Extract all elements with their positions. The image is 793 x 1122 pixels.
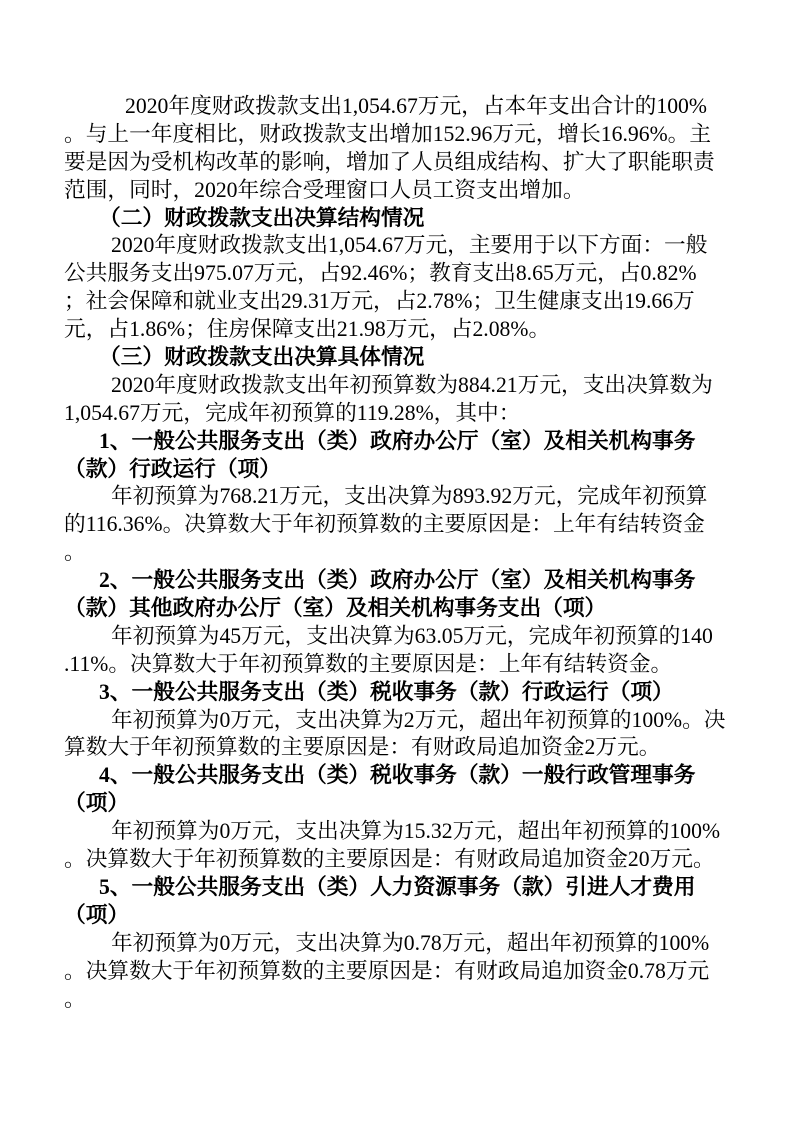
text-line: 2020年度财政拨款支出年初预算数为884.21万元，支出决算数为 — [64, 372, 722, 400]
document-body: 2020年度财政拨款支出1,054.67万元，占本年支出合计的100%。与上一年… — [64, 93, 722, 1013]
text-line: 的116.36%。决算数大于年初预算数的主要原因是：上年有结转资金 — [64, 511, 722, 539]
text-line: 公共服务支出975.07万元，占92.46%；教育支出8.65万元，占0.82% — [64, 260, 722, 288]
text-line: 年初预算为0万元，支出决算为15.32万元，超出年初预算的100% — [64, 818, 722, 846]
heading-line: （二）财政拨款支出决算结构情况 — [64, 205, 722, 233]
text-line: 年初预算为45万元，支出决算为63.05万元，完成年初预算的140 — [64, 623, 722, 651]
text-line: 年初预算为0万元，支出决算为2万元，超出年初预算的100%。决 — [64, 707, 722, 735]
text-line: 算数大于年初预算数的主要原因是：有财政局追加资金2万元。 — [64, 734, 722, 762]
text-line: 。决算数大于年初预算数的主要原因是：有财政局追加资金0.78万元 — [64, 958, 722, 986]
text-line: 。与上一年度相比，财政拨款支出增加152.96万元，增长16.96%。主 — [64, 121, 722, 149]
text-line: 元，占1.86%；住房保障支出21.98万元，占2.08%。 — [64, 316, 722, 344]
heading-line: 4、一般公共服务支出（类）税收事务（款）一般行政管理事务 — [64, 762, 722, 790]
text-line: 。 — [64, 539, 722, 567]
document-page: 2020年度财政拨款支出1,054.67万元，占本年支出合计的100%。与上一年… — [0, 0, 793, 1122]
text-line: 2020年度财政拨款支出1,054.67万元，占本年支出合计的100% — [64, 93, 722, 121]
text-line: 1,054.67万元，完成年初预算的119.28%，其中： — [64, 400, 722, 428]
heading-line: （三）财政拨款支出决算具体情况 — [64, 344, 722, 372]
heading-line: 3、一般公共服务支出（类）税收事务（款）行政运行（项） — [64, 679, 722, 707]
heading-line: 2、一般公共服务支出（类）政府办公厅（室）及相关机构事务 — [64, 567, 722, 595]
heading-line: 1、一般公共服务支出（类）政府办公厅（室）及相关机构事务 — [64, 428, 722, 456]
heading-line: （款）行政运行（项） — [64, 456, 722, 484]
heading-line: （项） — [64, 902, 722, 930]
text-line: 范围，同时，2020年综合受理窗口人员工资支出增加。 — [64, 177, 722, 205]
text-line: 年初预算为0万元，支出决算为0.78万元，超出年初预算的100% — [64, 930, 722, 958]
heading-line: （款）其他政府办公厅（室）及相关机构事务支出（项） — [64, 595, 722, 623]
text-line: .11%。决算数大于年初预算数的主要原因是：上年有结转资金。 — [64, 651, 722, 679]
text-line: 2020年度财政拨款支出1,054.67万元，主要用于以下方面：一般 — [64, 232, 722, 260]
text-line: 年初预算为768.21万元，支出决算为893.92万元，完成年初预算 — [64, 483, 722, 511]
text-line: 。决算数大于年初预算数的主要原因是：有财政局追加资金20万元。 — [64, 846, 722, 874]
text-line: 要是因为受机构改革的影响，增加了人员组成结构、扩大了职能职责 — [64, 149, 722, 177]
heading-line: 5、一般公共服务支出（类）人力资源事务（款）引进人才费用 — [64, 874, 722, 902]
text-line: 。 — [64, 986, 722, 1014]
text-line: ；社会保障和就业支出29.31万元，占2.78%；卫生健康支出19.66万 — [64, 288, 722, 316]
heading-line: （项） — [64, 790, 722, 818]
